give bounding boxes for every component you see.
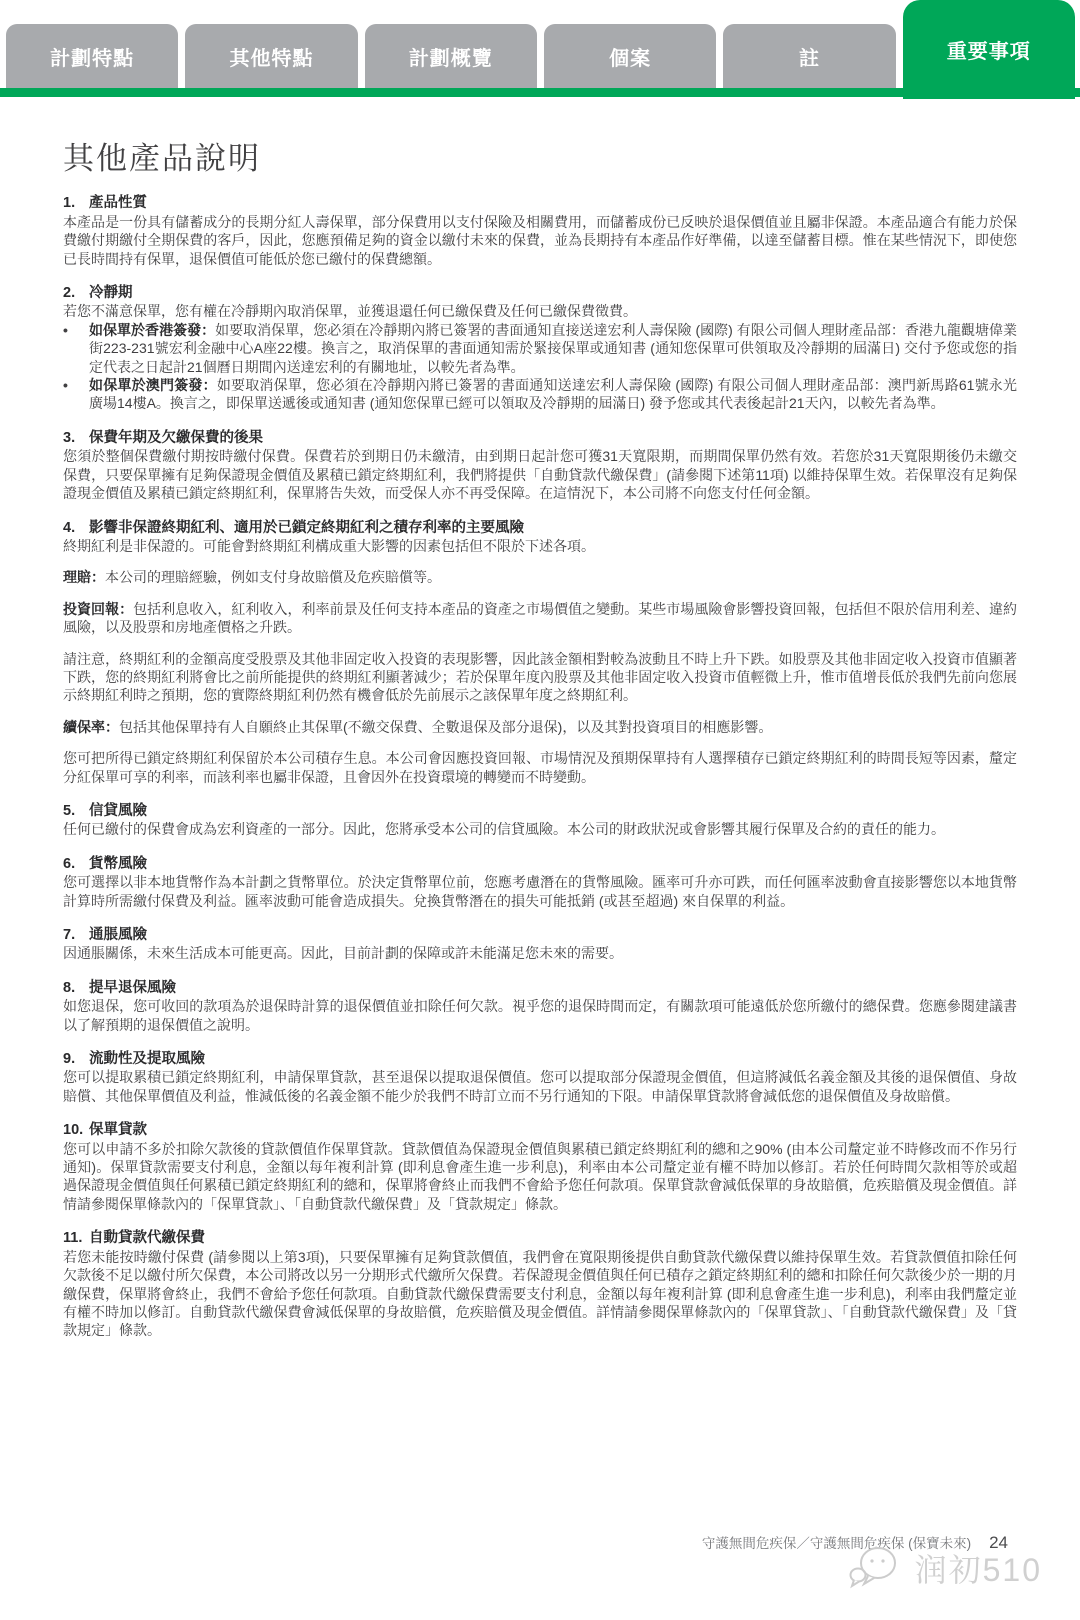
- bullet-glyph: •: [63, 376, 89, 413]
- tab-bar: 計劃特點其他特點計劃概覽個案註重要事項: [6, 0, 1075, 88]
- paragraph: 若您未能按時繳付保費 (請參閱以上第3項)，只要保單擁有足夠貸款價值，我們會在寬…: [63, 1248, 1017, 1340]
- paragraph-text: 若您不滿意保單，您有權在冷靜期內取消保單，並獲退還任何已繳保費及任何已繳保費徵費…: [63, 303, 637, 319]
- section-6: 6.貨幣風險您可選擇以非本地貨幣作為本計劃之貨幣單位。於決定貨幣單位前，您應考慮…: [63, 855, 1017, 910]
- paragraph-text: 包括利息收入，紅利收入，利率前景及任何支持本產品的資產之市場價值之變動。某些市場…: [63, 601, 1017, 635]
- section-7: 7.通脹風險因通脹關係，未來生活成本可能更高。因此，目前計劃的保障或許未能滿足您…: [63, 926, 1017, 963]
- section-heading: 11.自動貸款代繳保費: [63, 1229, 1017, 1247]
- section-heading: 6.貨幣風險: [63, 855, 1017, 873]
- section-heading-text: 冷靜期: [89, 284, 133, 302]
- section-number: 11.: [63, 1229, 89, 1247]
- paragraph-lead: 續保率：: [63, 719, 119, 735]
- sections-container: 1.產品性質本產品是一份具有儲蓄成分的長期分紅人壽保單，部分保費用以支付保險及相…: [63, 194, 1017, 1339]
- section-heading-text: 保費年期及欠繳保費的後果: [89, 429, 263, 447]
- bullet-text: 如保單於香港簽發：如要取消保單，您必須在冷靜期內將已簽署的書面通知直接送達宏利人…: [89, 321, 1017, 376]
- paragraph-text: 您須於整個保費繳付期按時繳付保費。保費若於到期日仍未繳清，由到期日起計您可獲31…: [63, 448, 1017, 501]
- paragraph-text: 您可以申請不多於扣除欠款後的貸款價值作保單貸款。貸款價值為保證現金價值與累積已鎖…: [63, 1141, 1017, 1212]
- paragraph: 請注意，終期紅利的金額高度受股票及其他非固定收入投資的表現影響，因此該金額相對較…: [63, 650, 1017, 705]
- section-10: 10.保單貸款您可以申請不多於扣除欠款後的貸款價值作保單貸款。貸款價值為保證現金…: [63, 1121, 1017, 1213]
- section-8: 8.提早退保風險如您退保，您可收回的款項為於退保時計算的退保價值並扣除任何欠款。…: [63, 979, 1017, 1034]
- section-heading: 3.保費年期及欠繳保費的後果: [63, 429, 1017, 447]
- section-3: 3.保費年期及欠繳保費的後果您須於整個保費繳付期按時繳付保費。保費若於到期日仍未…: [63, 429, 1017, 503]
- tab-important-notes[interactable]: 重要事項: [903, 0, 1075, 99]
- tab-notes[interactable]: 註: [723, 24, 895, 88]
- paragraph-text: 如您退保，您可收回的款項為於退保時計算的退保價值並扣除任何欠款。視乎您的退保時間…: [63, 998, 1017, 1032]
- bullet-body: 如要取消保單，您必須在冷靜期內將已簽署的書面通知送達宏利人壽保險 (國際) 有限…: [89, 377, 1017, 411]
- paragraph-text: 您可以提取累積已鎖定終期紅利，申請保單貸款，甚至退保以提取退保價值。您可以提取部…: [63, 1069, 1017, 1103]
- paragraph-text: 包括其他保單持有人自願終止其保單(不繳交保費、全數退保及部分退保)，以及其對投資…: [119, 719, 772, 735]
- paragraph-text: 您可選擇以非本地貨幣作為本計劃之貨幣單位。於決定貨幣單位前，您應考慮潛在的貨幣風…: [63, 874, 1017, 908]
- tab-case[interactable]: 個案: [544, 24, 716, 88]
- section-5: 5.信貸風險任何已繳付的保費會成為宏利資產的一部分。因此，您將承受本公司的信貸風…: [63, 802, 1017, 839]
- section-11: 11.自動貸款代繳保費若您未能按時繳付保費 (請參閱以上第3項)，只要保單擁有足…: [63, 1229, 1017, 1339]
- tab-plan-features[interactable]: 計劃特點: [6, 24, 178, 88]
- section-heading-text: 信貸風險: [89, 802, 147, 820]
- section-2: 2.冷靜期若您不滿意保單，您有權在冷靜期內取消保單，並獲退還任何已繳保費及任何已…: [63, 284, 1017, 413]
- paragraph: 終期紅利是非保證的。可能會對終期紅利構成重大影響的因素包括但不限於下述各項。: [63, 537, 1017, 555]
- bullet-lead: 如保單於澳門簽發：: [89, 377, 217, 393]
- section-heading-text: 影響非保證終期紅利、適用於已鎖定終期紅利之積存利率的主要風險: [89, 519, 524, 537]
- paragraph: 您可把所得已鎖定終期紅利保留於本公司積存生息。本公司會因應投資回報、市場情況及預…: [63, 749, 1017, 786]
- section-heading-text: 流動性及提取風險: [89, 1050, 205, 1068]
- section-heading: 9.流動性及提取風險: [63, 1050, 1017, 1068]
- paragraph: 您須於整個保費繳付期按時繳付保費。保費若於到期日仍未繳清，由到期日起計您可獲31…: [63, 447, 1017, 502]
- paragraph: 如您退保，您可收回的款項為於退保時計算的退保價值並扣除任何欠款。視乎您的退保時間…: [63, 997, 1017, 1034]
- document-content: 其他產品說明 1.產品性質本產品是一份具有儲蓄成分的長期分紅人壽保單，部分保費用…: [63, 150, 1017, 1340]
- section-heading: 1.產品性質: [63, 194, 1017, 212]
- section-heading-text: 產品性質: [89, 194, 147, 212]
- section-9: 9.流動性及提取風險您可以提取累積已鎖定終期紅利，申請保單貸款，甚至退保以提取退…: [63, 1050, 1017, 1105]
- section-heading: 2.冷靜期: [63, 284, 1017, 302]
- paragraph-text: 本產品是一份具有儲蓄成分的長期分紅人壽保單，部分保費用以支付保險及相關費用，而儲…: [63, 214, 1017, 267]
- paragraph: 任何已繳付的保費會成為宏利資產的一部分。因此，您將承受本公司的信貸風險。本公司的…: [63, 820, 1017, 838]
- paragraph-text: 因通脹關係，未來生活成本可能更高。因此，目前計劃的保障或許未能滿足您未來的需要。: [63, 945, 623, 961]
- paragraph: 您可以提取累積已鎖定終期紅利，申請保單貸款，甚至退保以提取退保價值。您可以提取部…: [63, 1068, 1017, 1105]
- section-heading: 5.信貸風險: [63, 802, 1017, 820]
- section-1: 1.產品性質本產品是一份具有儲蓄成分的長期分紅人壽保單，部分保費用以支付保險及相…: [63, 194, 1017, 268]
- paragraph: 您可選擇以非本地貨幣作為本計劃之貨幣單位。於決定貨幣單位前，您應考慮潛在的貨幣風…: [63, 873, 1017, 910]
- paragraph: 理賠：本公司的理賠經驗，例如支付身故賠償及危疾賠償等。: [63, 568, 1017, 586]
- section-heading: 8.提早退保風險: [63, 979, 1017, 997]
- bullet-item: •如保單於香港簽發：如要取消保單，您必須在冷靜期內將已簽署的書面通知直接送達宏利…: [63, 321, 1017, 376]
- bullet-glyph: •: [63, 321, 89, 376]
- paragraph-text: 若您未能按時繳付保費 (請參閱以上第3項)，只要保單擁有足夠貸款價值，我們會在寬…: [63, 1249, 1017, 1339]
- paragraph: 續保率：包括其他保單持有人自願終止其保單(不繳交保費、全數退保及部分退保)，以及…: [63, 718, 1017, 736]
- paragraph-text: 任何已繳付的保費會成為宏利資產的一部分。因此，您將承受本公司的信貸風險。本公司的…: [63, 821, 945, 837]
- paragraph-text: 本公司的理賠經驗，例如支付身故賠償及危疾賠償等。: [105, 569, 441, 585]
- section-number: 2.: [63, 284, 89, 302]
- page-title: 其他產品說明: [63, 150, 1017, 168]
- section-number: 5.: [63, 802, 89, 820]
- section-heading-text: 自動貸款代繳保費: [89, 1229, 205, 1247]
- paragraph-lead: 理賠：: [63, 569, 105, 585]
- section-number: 3.: [63, 429, 89, 447]
- section-heading-text: 保單貸款: [89, 1121, 147, 1139]
- section-number: 10.: [63, 1121, 89, 1139]
- paragraph: 若您不滿意保單，您有權在冷靜期內取消保單，並獲退還任何已繳保費及任何已繳保費徵費…: [63, 302, 1017, 320]
- tab-other-features[interactable]: 其他特點: [185, 24, 357, 88]
- section-heading-text: 通脹風險: [89, 926, 147, 944]
- watermark: 润初510: [848, 1542, 1042, 1594]
- page: 計劃特點其他特點計劃概覽個案註重要事項 其他產品說明 1.產品性質本產品是一份具…: [0, 0, 1080, 1620]
- section-4: 4.影響非保證終期紅利、適用於已鎖定終期紅利之積存利率的主要風險終期紅利是非保證…: [63, 519, 1017, 786]
- bullet-lead: 如保單於香港簽發：: [89, 322, 215, 338]
- bullet-item: •如保單於澳門簽發：如要取消保單，您必須在冷靜期內將已簽署的書面通知送達宏利人壽…: [63, 376, 1017, 413]
- paragraph: 因通脹關係，未來生活成本可能更高。因此，目前計劃的保障或許未能滿足您未來的需要。: [63, 944, 1017, 962]
- wechat-icon: [848, 1542, 910, 1594]
- section-number: 4.: [63, 519, 89, 537]
- section-number: 6.: [63, 855, 89, 873]
- paragraph-lead: 投資回報：: [63, 601, 133, 617]
- section-heading-text: 貨幣風險: [89, 855, 147, 873]
- bullet-text: 如保單於澳門簽發：如要取消保單，您必須在冷靜期內將已簽署的書面通知送達宏利人壽保…: [89, 376, 1017, 413]
- paragraph-text: 終期紅利是非保證的。可能會對終期紅利構成重大影響的因素包括但不限於下述各項。: [63, 538, 595, 554]
- section-heading: 10.保單貸款: [63, 1121, 1017, 1139]
- bullet-body: 如要取消保單，您必須在冷靜期內將已簽署的書面通知直接送達宏利人壽保險 (國際) …: [89, 322, 1017, 375]
- paragraph: 投資回報：包括利息收入，紅利收入，利率前景及任何支持本產品的資產之市場價值之變動…: [63, 600, 1017, 637]
- section-heading: 7.通脹風險: [63, 926, 1017, 944]
- paragraph: 您可以申請不多於扣除欠款後的貸款價值作保單貸款。貸款價值為保證現金價值與累積已鎖…: [63, 1140, 1017, 1214]
- section-number: 8.: [63, 979, 89, 997]
- paragraph: 本產品是一份具有儲蓄成分的長期分紅人壽保單，部分保費用以支付保險及相關費用，而儲…: [63, 213, 1017, 268]
- section-heading-text: 提早退保風險: [89, 979, 176, 997]
- section-number: 9.: [63, 1050, 89, 1068]
- watermark-text: 润初510: [915, 1545, 1042, 1591]
- tab-plan-overview[interactable]: 計劃概覽: [365, 24, 537, 88]
- section-number: 7.: [63, 926, 89, 944]
- section-number: 1.: [63, 194, 89, 212]
- paragraph-text: 您可把所得已鎖定終期紅利保留於本公司積存生息。本公司會因應投資回報、市場情況及預…: [63, 750, 1017, 784]
- paragraph-text: 請注意，終期紅利的金額高度受股票及其他非固定收入投資的表現影響，因此該金額相對較…: [63, 651, 1017, 704]
- section-heading: 4.影響非保證終期紅利、適用於已鎖定終期紅利之積存利率的主要風險: [63, 519, 1017, 537]
